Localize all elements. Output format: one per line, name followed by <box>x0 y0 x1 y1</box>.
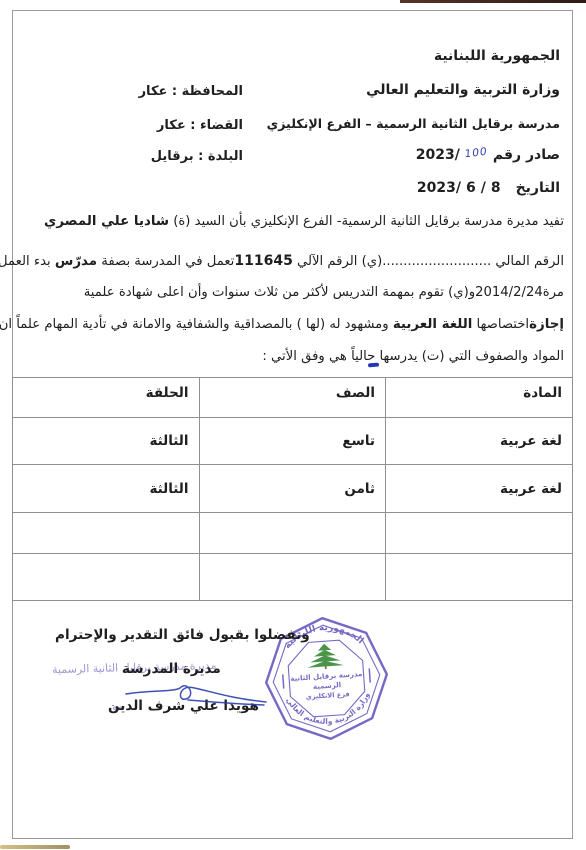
table-cell: الثالثة <box>13 465 200 513</box>
table-cell: لغة عربية <box>385 465 572 513</box>
body-line-2: الرقم المالي ..........................(… <box>22 245 564 277</box>
degree-label: إجازة <box>529 317 564 332</box>
serial-line: صادر رقم 100 /2023 <box>416 147 560 163</box>
finance-number-label: الرقم المالي <box>491 254 564 269</box>
signature-scribble <box>122 670 272 710</box>
integrity-text: ومشهود له (لها ) بالمصداقية والشفافية وا… <box>0 317 393 332</box>
serial-label: صادر رقم <box>493 147 560 163</box>
republic-line: الجمهورية اللبنانية <box>434 48 560 64</box>
scanned-document: الجمهورية اللبنانية وزارة التربية والتعل… <box>0 0 586 850</box>
district-line: القضاء : عكار <box>157 118 243 133</box>
date-label: التاريخ <box>516 180 560 196</box>
auto-number-label: (ي) الرقم الآلي <box>293 254 382 269</box>
specialty-label: اللغة العربية <box>393 317 473 332</box>
role-label: مدرّس <box>55 254 97 269</box>
date-separator: / <box>481 180 486 196</box>
table-header-cycle: الحلقة <box>13 378 200 418</box>
specialty-prefix: اختصاصها <box>472 317 529 332</box>
table-cell <box>13 513 200 554</box>
teacher-name: شاديا علي المصري <box>44 214 169 229</box>
table-cell: الثالثة <box>13 418 200 465</box>
date-day: 8 <box>491 180 501 196</box>
stamp-center-line-2: الرسمية <box>313 680 342 691</box>
ministry-line: وزارة التربية والتعليم العالي <box>366 82 560 98</box>
town-line: البلدة : برقايل <box>151 149 243 164</box>
finance-number-dots: .......................... <box>382 254 491 269</box>
date-year: /2023 <box>417 180 461 196</box>
certify-text: تفيد مديرة مدرسة برقايل الثانية الرسمية-… <box>169 214 564 229</box>
date-month: 6 <box>466 180 476 196</box>
serial-year: /2023 <box>416 147 460 163</box>
governorate-line: المحافظة : عكار <box>139 84 243 99</box>
cedar-tree-icon <box>306 643 344 671</box>
table-cell: تاسع <box>199 418 385 465</box>
table-cell <box>13 554 200 601</box>
table-cell <box>385 554 572 601</box>
table-cell <box>199 554 385 601</box>
start-work-text: بدء العمل لأول <box>0 254 55 269</box>
body-line-3: مرة2014/2/24و(ي) تقوم بمهمة التدريس لأكث… <box>22 277 564 309</box>
date-line: التاريخ 8 / 6 /2023 <box>417 180 560 196</box>
auto-number: 111645 <box>234 253 292 269</box>
table-header-subject: المادة <box>385 378 572 418</box>
table-cell <box>199 513 385 554</box>
table-cell: لغة عربية <box>385 418 572 465</box>
table-header-class: الصف <box>199 378 385 418</box>
subjects-table: المادة الصف الحلقة لغة عربية تاسع الثالث… <box>12 377 573 601</box>
body-line-1: تفيد مديرة مدرسة برقايل الثانية الرسمية-… <box>22 206 564 238</box>
closing-line: وتفضلوا بقبول فائق التقدير والإحترام <box>55 627 310 643</box>
stamp-center-line-3: فرع الانكليزي <box>306 690 350 701</box>
table-cell: ثامن <box>199 465 385 513</box>
scan-artifact-bottom <box>0 845 70 849</box>
school-line: مدرسة برقايل الثانية الرسمية – الفرع الإ… <box>267 116 560 131</box>
scan-artifact-top <box>400 0 586 3</box>
serial-number-handwritten: 100 <box>464 146 488 161</box>
body-paragraph: تفيد مديرة مدرسة برقايل الثانية الرسمية-… <box>22 206 564 373</box>
table-cell <box>385 513 572 554</box>
works-as-text: تعمل في المدرسة بصفة <box>97 254 234 269</box>
body-line-5: المواد والصفوف التي (ت) يدرسها حالياً هي… <box>22 341 564 373</box>
body-line-4: إجازةاختصاصها اللغة العربية ومشهود له (ل… <box>22 309 564 341</box>
